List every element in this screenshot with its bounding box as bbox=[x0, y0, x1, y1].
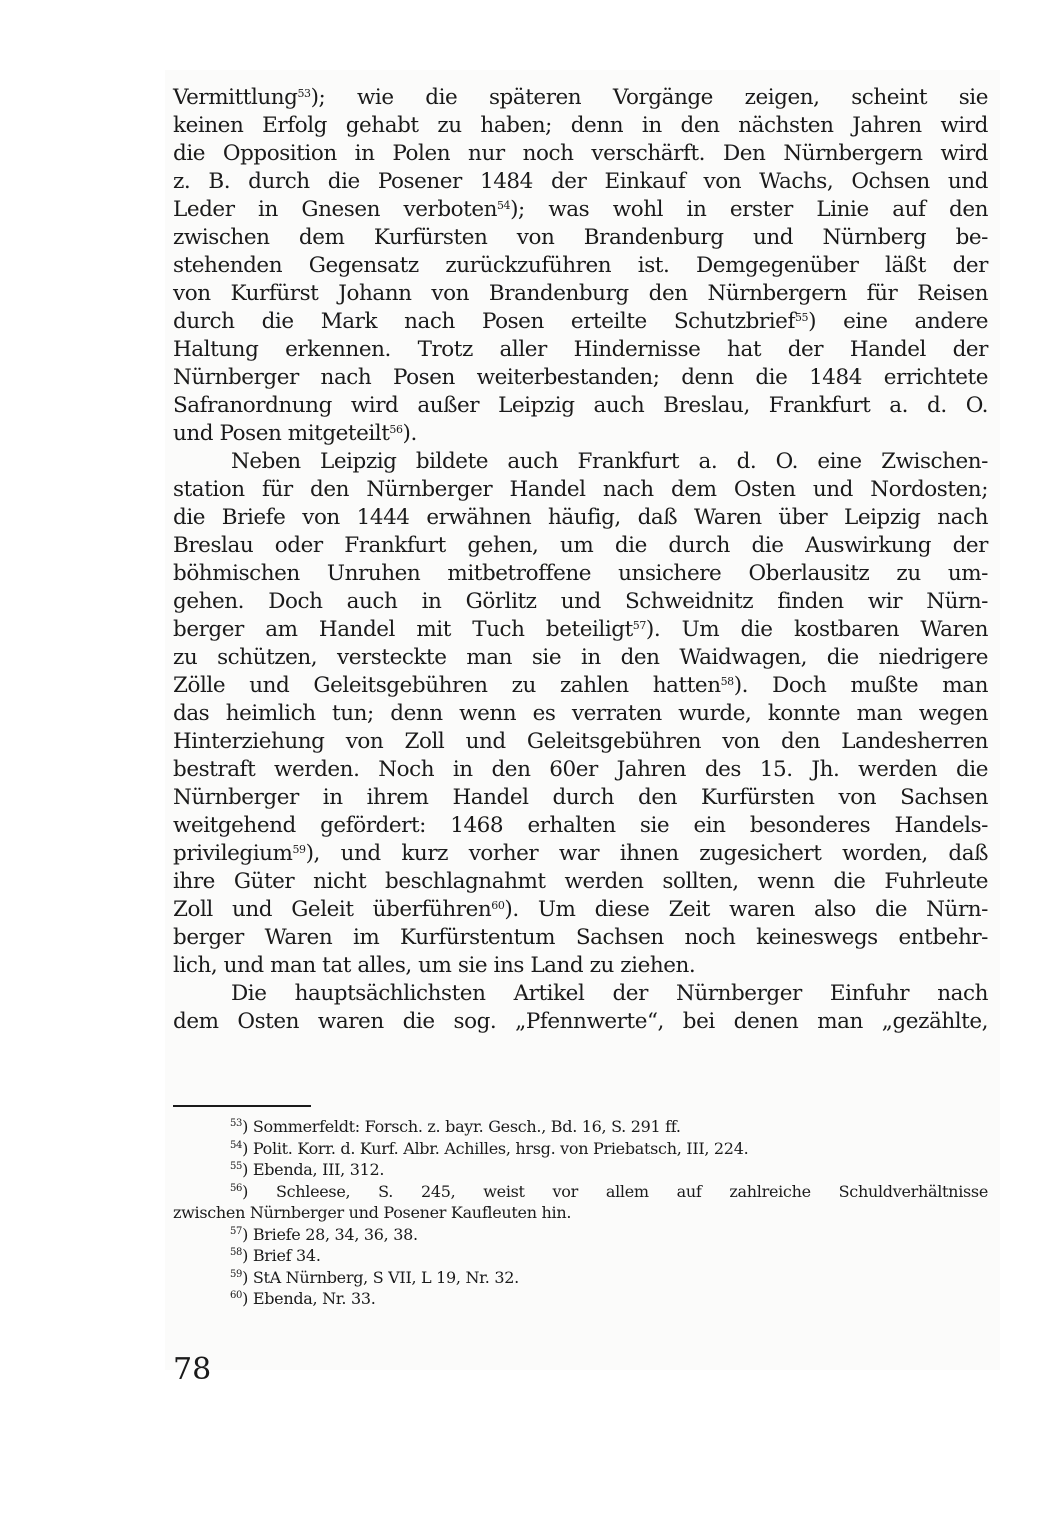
body-line: ihre Güter nicht beschlagnahmt werden so… bbox=[173, 868, 988, 896]
footnote-ref: 59 bbox=[292, 843, 305, 856]
body-line: lich, und man tat alles, um sie ins Land… bbox=[173, 952, 988, 980]
body-line: Hinterziehung von Zoll und Geleitsgebühr… bbox=[173, 728, 988, 756]
body-line: dem Osten waren die sog. „Pfennwerte“, b… bbox=[173, 1008, 988, 1036]
footnote: 59) StA Nürnberg, S VII, L 19, Nr. 32. bbox=[173, 1267, 988, 1289]
body-line: Leder in Gnesen verboten54); was wohl in… bbox=[173, 196, 988, 224]
body-line: zu schützen, versteckte man sie in den W… bbox=[173, 644, 988, 672]
body-line: Zölle und Geleitsgebühren zu zahlen hatt… bbox=[173, 672, 988, 700]
footnote: 54) Polit. Korr. d. Kurf. Albr. Achilles… bbox=[173, 1138, 988, 1160]
body-line: privilegium59), und kurz vorher war ihne… bbox=[173, 840, 988, 868]
body-line: böhmischen Unruhen mitbetroffene unsiche… bbox=[173, 560, 988, 588]
body-text: Vermittlung53); wie die späteren Vorgäng… bbox=[173, 84, 988, 1036]
footnote-ref: 60 bbox=[491, 899, 504, 912]
footnote: 60) Ebenda, Nr. 33. bbox=[173, 1288, 988, 1310]
body-line: durch die Mark nach Posen erteilte Schut… bbox=[173, 308, 988, 336]
body-line: keinen Erfolg gehabt zu haben; denn in d… bbox=[173, 112, 988, 140]
body-line: weitgehend gefördert: 1468 erhalten sie … bbox=[173, 812, 988, 840]
footnotes: 53) Sommerfeldt: Forsch. z. bayr. Gesch.… bbox=[173, 1116, 988, 1310]
footnote-continuation: zwischen Nürnberger und Posener Kaufleut… bbox=[173, 1202, 988, 1224]
body-line: Safranordnung wird außer Leipzig auch Br… bbox=[173, 392, 988, 420]
body-line: Breslau oder Frankfurt gehen, um die dur… bbox=[173, 532, 988, 560]
footnote: 57) Briefe 28, 34, 36, 38. bbox=[173, 1224, 988, 1246]
body-line: Zoll und Geleit überführen60). Um diese … bbox=[173, 896, 988, 924]
footnote: 55) Ebenda, III, 312. bbox=[173, 1159, 988, 1181]
footnote-ref: 55 bbox=[795, 311, 808, 324]
body-line: gehen. Doch auch in Görlitz und Schweidn… bbox=[173, 588, 988, 616]
page-number: 78 bbox=[173, 1352, 211, 1388]
body-line: stehenden Gegensatz zurückzuführen ist. … bbox=[173, 252, 988, 280]
body-line: Nürnberger nach Posen weiterbestanden; d… bbox=[173, 364, 988, 392]
body-line: bestraft werden. Noch in den 60er Jahren… bbox=[173, 756, 988, 784]
footnote-ref: 57 bbox=[633, 619, 646, 632]
body-line: und Posen mitgeteilt56). bbox=[173, 420, 988, 448]
body-line: station für den Nürnberger Handel nach d… bbox=[173, 476, 988, 504]
footnote-ref: 58 bbox=[721, 675, 734, 688]
paragraph-start-line: Die hauptsächlichsten Artikel der Nürnbe… bbox=[173, 980, 988, 1008]
body-line: die Opposition in Polen nur noch verschä… bbox=[173, 140, 988, 168]
footnote: 58) Brief 34. bbox=[173, 1245, 988, 1267]
footnote-ref: 53 bbox=[297, 87, 310, 100]
body-line: die Briefe von 1444 erwähnen häufig, daß… bbox=[173, 504, 988, 532]
book-page: Vermittlung53); wie die späteren Vorgäng… bbox=[0, 0, 1063, 1535]
body-line: Vermittlung53); wie die späteren Vorgäng… bbox=[173, 84, 988, 112]
body-line: Haltung erkennen. Trotz aller Hinderniss… bbox=[173, 336, 988, 364]
body-line: Nürnberger in ihrem Handel durch den Kur… bbox=[173, 784, 988, 812]
body-line: berger am Handel mit Tuch beteiligt57). … bbox=[173, 616, 988, 644]
paragraph-start-line: Neben Leipzig bildete auch Frankfurt a. … bbox=[173, 448, 988, 476]
body-line: berger Waren im Kurfürstentum Sachsen no… bbox=[173, 924, 988, 952]
footnote-ref: 56 bbox=[389, 423, 402, 436]
footnote-separator-rule bbox=[173, 1105, 311, 1107]
body-line: z. B. durch die Posener 1484 der Einkauf… bbox=[173, 168, 988, 196]
body-line: das heimlich tun; denn wenn es verraten … bbox=[173, 700, 988, 728]
body-line: von Kurfürst Johann von Brandenburg den … bbox=[173, 280, 988, 308]
footnote: 53) Sommerfeldt: Forsch. z. bayr. Gesch.… bbox=[173, 1116, 988, 1138]
body-line: zwischen dem Kurfürsten von Brandenburg … bbox=[173, 224, 988, 252]
footnote-ref: 54 bbox=[497, 199, 510, 212]
footnote: 56) Schleese, S. 245, weist vor allem au… bbox=[173, 1181, 988, 1203]
